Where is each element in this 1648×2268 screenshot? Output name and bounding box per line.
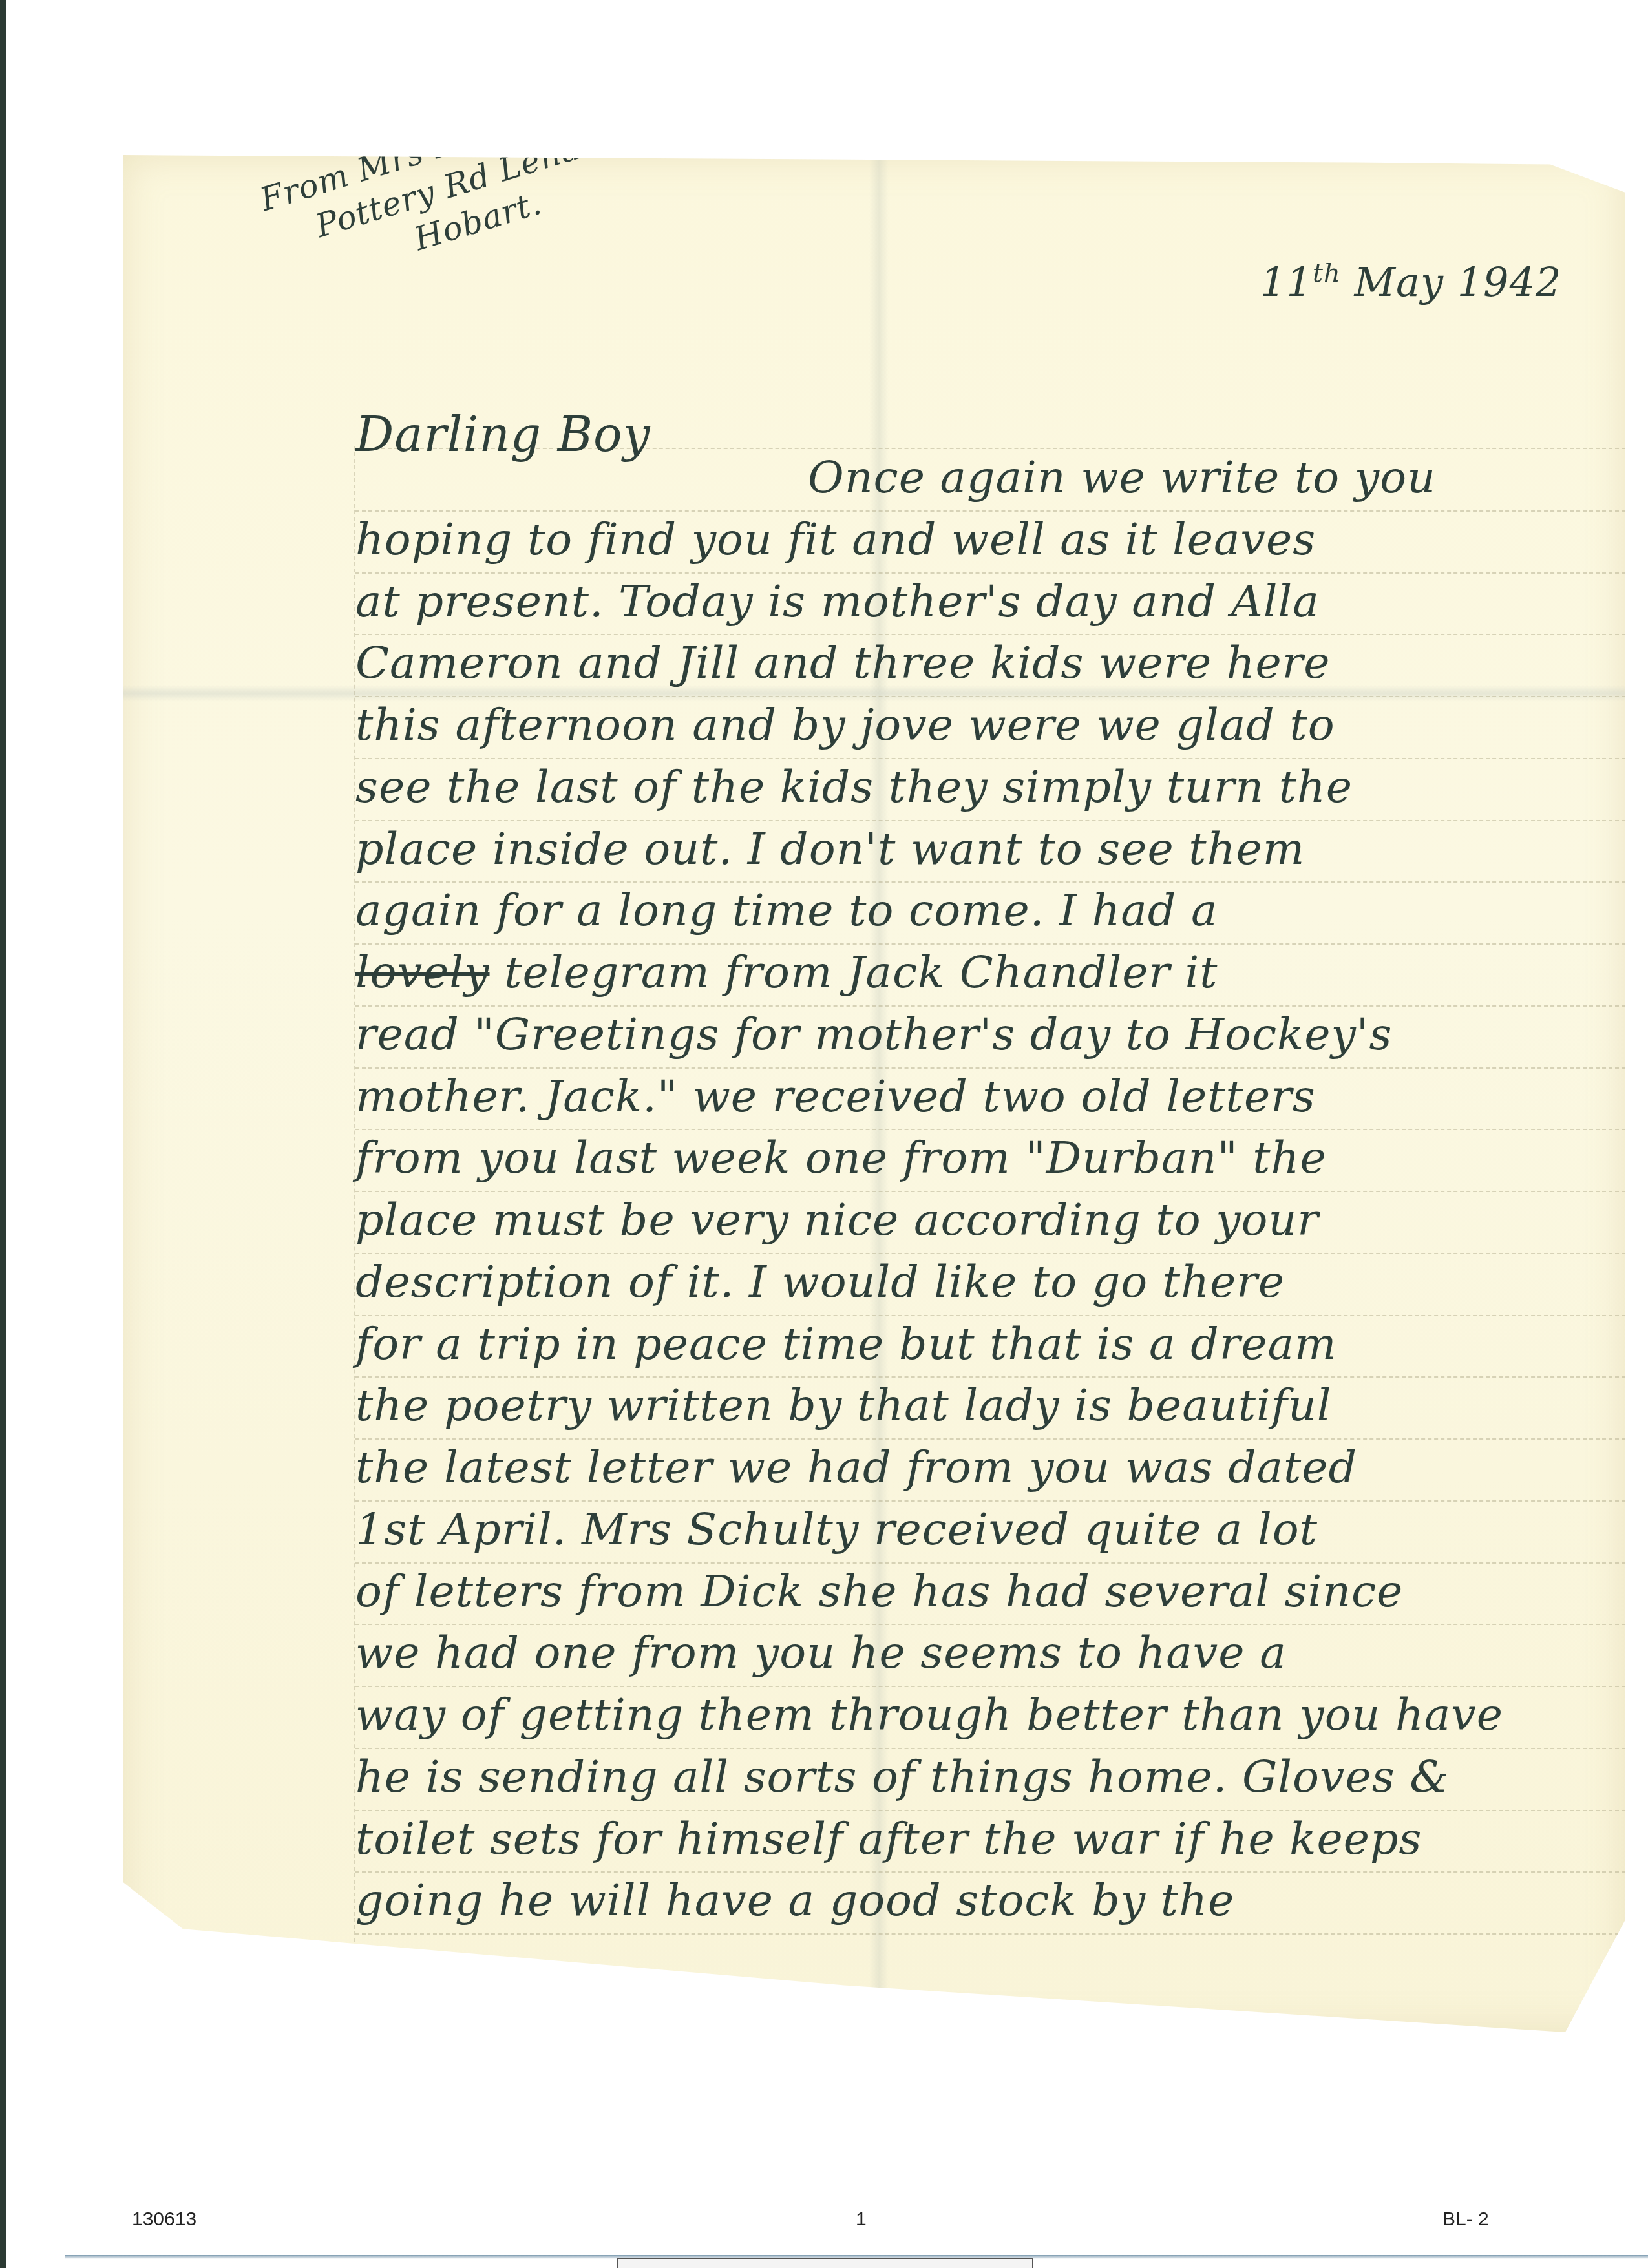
ruled-line bbox=[355, 1005, 1625, 1007]
ruled-line bbox=[355, 1500, 1625, 1502]
ruled-line bbox=[355, 1624, 1625, 1625]
scanner-edge bbox=[0, 0, 6, 2268]
ruled-line bbox=[355, 1810, 1625, 1811]
body-line: from you last week one from "Durban" the bbox=[355, 1133, 1609, 1184]
body-line: again for a long time to come. I had a bbox=[355, 885, 1609, 936]
body-line-with-strikeout: lovely telegram from Jack Chandler it bbox=[355, 947, 1609, 998]
ruled-line bbox=[355, 1067, 1625, 1069]
body-line: Once again we write to you bbox=[355, 452, 1609, 503]
body-line: the poetry written by that lady is beaut… bbox=[355, 1380, 1609, 1431]
scanner-tab bbox=[617, 2258, 1033, 2268]
body-line: hoping to find you fit and well as it le… bbox=[355, 514, 1609, 565]
body-line: we had one from you he seems to have a bbox=[355, 1628, 1609, 1679]
body-line: of letters from Dick she has had several… bbox=[355, 1566, 1609, 1617]
ruled-line bbox=[355, 1191, 1625, 1192]
body-line: toilet sets for himself after the war if… bbox=[355, 1814, 1609, 1865]
body-line: going he will have a good stock by the bbox=[355, 1875, 1609, 1926]
body-line: way of getting them through better than … bbox=[355, 1690, 1609, 1741]
archive-id: 130613 bbox=[132, 2209, 196, 2231]
date-suffix: th bbox=[1313, 258, 1341, 288]
ruled-line bbox=[355, 1315, 1625, 1316]
struck-word: lovely bbox=[355, 947, 490, 998]
body-line: see the last of the kids they simply tur… bbox=[355, 762, 1609, 813]
ruled-line bbox=[355, 1129, 1625, 1130]
body-line: at present. Today is mother's day and Al… bbox=[355, 576, 1609, 627]
date-month-year: May 1942 bbox=[1354, 258, 1561, 306]
body-line: read "Greetings for mother's day to Hock… bbox=[355, 1009, 1609, 1060]
ruled-line bbox=[355, 758, 1625, 759]
body-line: place inside out. I don't want to see th… bbox=[355, 824, 1609, 875]
ruled-line bbox=[355, 1871, 1625, 1873]
body-line: this afternoon and by jove were we glad … bbox=[355, 700, 1609, 751]
sender-address: From Mrs Hockman Pottery Rd Lenah Valley… bbox=[255, 48, 726, 300]
letter-date: 11th May 1942 bbox=[1260, 258, 1561, 306]
ruled-line bbox=[355, 572, 1625, 574]
ruled-line bbox=[355, 1376, 1625, 1378]
body-line: description of it. I would like to go th… bbox=[355, 1257, 1609, 1308]
date-day: 11 bbox=[1260, 258, 1313, 306]
ruled-line bbox=[355, 881, 1625, 883]
body-line-text: telegram from Jack Chandler it bbox=[504, 947, 1218, 998]
collection-code: BL- 2 bbox=[1442, 2209, 1489, 2231]
body-line: place must be very nice according to you… bbox=[355, 1195, 1609, 1246]
ruled-line bbox=[355, 1686, 1625, 1687]
body-line: he is sending all sorts of things home. … bbox=[355, 1752, 1609, 1803]
ruled-line bbox=[355, 1438, 1625, 1440]
ruled-line bbox=[355, 1748, 1625, 1749]
page-number: 1 bbox=[856, 2209, 867, 2231]
body-line: the latest letter we had from you was da… bbox=[355, 1442, 1609, 1493]
body-line: 1st April. Mrs Schulty received quite a … bbox=[355, 1504, 1609, 1555]
ruled-line bbox=[355, 943, 1625, 945]
body-line: for a trip in peace time but that is a d… bbox=[355, 1319, 1609, 1370]
ruled-line bbox=[355, 1933, 1625, 1935]
letter-page: From Mrs Hockman Pottery Rd Lenah Valley… bbox=[123, 155, 1625, 2032]
ruled-line bbox=[355, 696, 1625, 697]
ruled-line bbox=[355, 1562, 1625, 1564]
ruled-line bbox=[355, 634, 1625, 635]
ruled-line bbox=[355, 820, 1625, 821]
ruled-line bbox=[355, 510, 1625, 512]
ruled-line bbox=[355, 1253, 1625, 1254]
body-line: Cameron and Jill and three kids were her… bbox=[355, 638, 1609, 689]
body-line: mother. Jack." we received two old lette… bbox=[355, 1071, 1609, 1122]
